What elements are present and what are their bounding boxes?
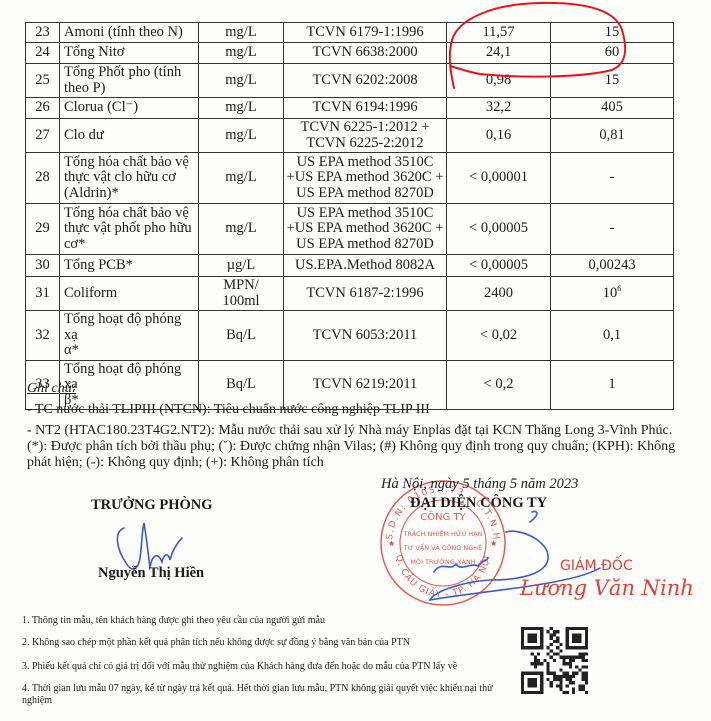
cell-method: TCVN 6179-1:1996 xyxy=(284,23,447,43)
cell-parameter: Tổng Phốt pho (tính theo P) xyxy=(60,64,199,98)
red-circle-annotation xyxy=(440,0,640,90)
cell-unit: µg/L xyxy=(199,255,284,277)
cell-unit: mg/L xyxy=(199,23,284,43)
cell-parameter: Clo dư xyxy=(60,119,199,153)
svg-text:★: ★ xyxy=(388,539,395,548)
cell-limit: 106 xyxy=(551,277,674,311)
footer-item: 3. Phiếu kết quả chỉ có giá trị đối với … xyxy=(22,661,502,673)
cell-stt: 26 xyxy=(26,98,60,119)
right-signer-role: GIÁM ĐỐC xyxy=(560,558,633,574)
cell-method: TCVN 6202:2008 xyxy=(284,64,447,98)
note-line: - TC nước thải TLIPIII (NTCN): Tiêu chuẩ… xyxy=(27,402,687,418)
cell-stt: 24 xyxy=(26,43,60,64)
cell-limit: - xyxy=(551,153,674,204)
table-row: 28Tổng hóa chất bảo vệ thực vật clo hữu … xyxy=(26,153,674,204)
cell-unit: mg/L xyxy=(199,64,284,98)
right-signer-name: Lương Văn Ninh xyxy=(520,576,694,600)
footer-item: 1. Thông tin mẫu, tên khách hàng được gh… xyxy=(22,615,502,627)
cell-limit: 0,00243 xyxy=(551,255,674,277)
cell-method: TCVN 6187-2:1996 xyxy=(284,277,447,311)
footer-item: 2. Không sao chép một phần kết quả phân … xyxy=(22,637,502,649)
table-row: 31ColiformMPN/ 100mlTCVN 6187-2:19962400… xyxy=(26,277,674,311)
table-row: 29Tổng hóa chất bảo vệ thực vật phốt pho… xyxy=(26,204,674,255)
cell-result: < 0,00005 xyxy=(447,255,551,277)
cell-limit: 405 xyxy=(551,98,674,119)
date-line: Hà Nội, ngày 5 tháng 5 năm 2023 xyxy=(381,476,578,493)
qr-code[interactable] xyxy=(521,627,588,694)
cell-parameter: Clorua (Cl⁻) xyxy=(60,98,199,119)
cell-result: 32,2 xyxy=(447,98,551,119)
cell-unit: Bq/L xyxy=(199,311,284,361)
cell-limit: 0,1 xyxy=(551,311,674,361)
footer-notes: 1. Thông tin mẫu, tên khách hàng được gh… xyxy=(22,615,502,707)
table-row: 30Tổng PCB*µg/LUS.EPA.Method 8082A< 0,00… xyxy=(26,255,674,277)
cell-unit: mg/L xyxy=(199,98,284,119)
cell-method: TCVN 6194:1996 xyxy=(284,98,447,119)
note-line: - NT2 (HTAC180.23T4G2.NT2): Mẫu nước thả… xyxy=(27,423,687,439)
table-row: 27Clo dưmg/LTCVN 6225-1:2012 + TCVN 6225… xyxy=(26,119,674,153)
cell-parameter: Tổng hoạt độ phóng xạ α* xyxy=(60,311,199,361)
notes-title: Ghi chú: xyxy=(27,381,687,397)
cell-parameter: Tổng hóa chất bảo vệ thực vật phốt pho h… xyxy=(60,204,199,255)
cell-stt: 27 xyxy=(26,119,60,153)
left-signer-title: TRƯỞNG PHÒNG xyxy=(91,497,213,514)
cell-result: 0,16 xyxy=(447,119,551,153)
left-signer-name: Nguyễn Thị Hiền xyxy=(98,565,204,582)
cell-parameter: Tổng PCB* xyxy=(60,255,199,277)
cell-stt: 25 xyxy=(26,64,60,98)
cell-method: US.EPA.Method 8082A xyxy=(284,255,447,277)
notes-section: Ghi chú: - TC nước thải TLIPIII (NTCN): … xyxy=(27,381,687,471)
cell-method: TCVN 6053:2011 xyxy=(284,311,447,361)
cell-stt: 30 xyxy=(26,255,60,277)
cell-stt: 29 xyxy=(26,204,60,255)
cell-parameter: Tổng Nitơ xyxy=(60,43,199,64)
cell-stt: 23 xyxy=(26,23,60,43)
cell-result: < 0,00001 xyxy=(447,153,551,204)
cell-limit: 0,81 xyxy=(551,119,674,153)
cell-result: < 0,02 xyxy=(447,311,551,361)
cell-parameter: Coliform xyxy=(60,277,199,311)
cell-result: < 0,00005 xyxy=(447,204,551,255)
table-row: 26Clorua (Cl⁻)mg/LTCVN 6194:199632,2405 xyxy=(26,98,674,119)
cell-result: 2400 xyxy=(447,277,551,311)
cell-unit: MPN/ 100ml xyxy=(199,277,284,311)
cell-limit: - xyxy=(551,204,674,255)
cell-method: TCVN 6225-1:2012 + TCVN 6225-2:2012 xyxy=(284,119,447,153)
cell-parameter: Tổng hóa chất bảo vệ thực vật clo hữu cơ… xyxy=(60,153,199,204)
cell-method: US EPA method 3510C +US EPA method 3620C… xyxy=(284,153,447,204)
cell-unit: mg/L xyxy=(199,119,284,153)
cell-stt: 31 xyxy=(26,277,60,311)
footer-item: 4. Thời gian lưu mẫu 07 ngày, kể từ ngày… xyxy=(22,683,502,707)
cell-stt: 28 xyxy=(26,153,60,204)
cell-method: TCVN 6638:2000 xyxy=(284,43,447,64)
cell-parameter: Amoni (tính theo N) xyxy=(60,23,199,43)
cell-method: US EPA method 3510C +US EPA method 3620C… xyxy=(284,204,447,255)
cell-unit: mg/L xyxy=(199,204,284,255)
note-line: (*): Được phân tích bởi thầu phụ; (ˇ): Đ… xyxy=(27,439,687,471)
cell-stt: 32 xyxy=(26,311,60,361)
cell-unit: mg/L xyxy=(199,153,284,204)
table-row: 32Tổng hoạt độ phóng xạ α*Bq/LTCVN 6053:… xyxy=(26,311,674,361)
cell-unit: mg/L xyxy=(199,43,284,64)
